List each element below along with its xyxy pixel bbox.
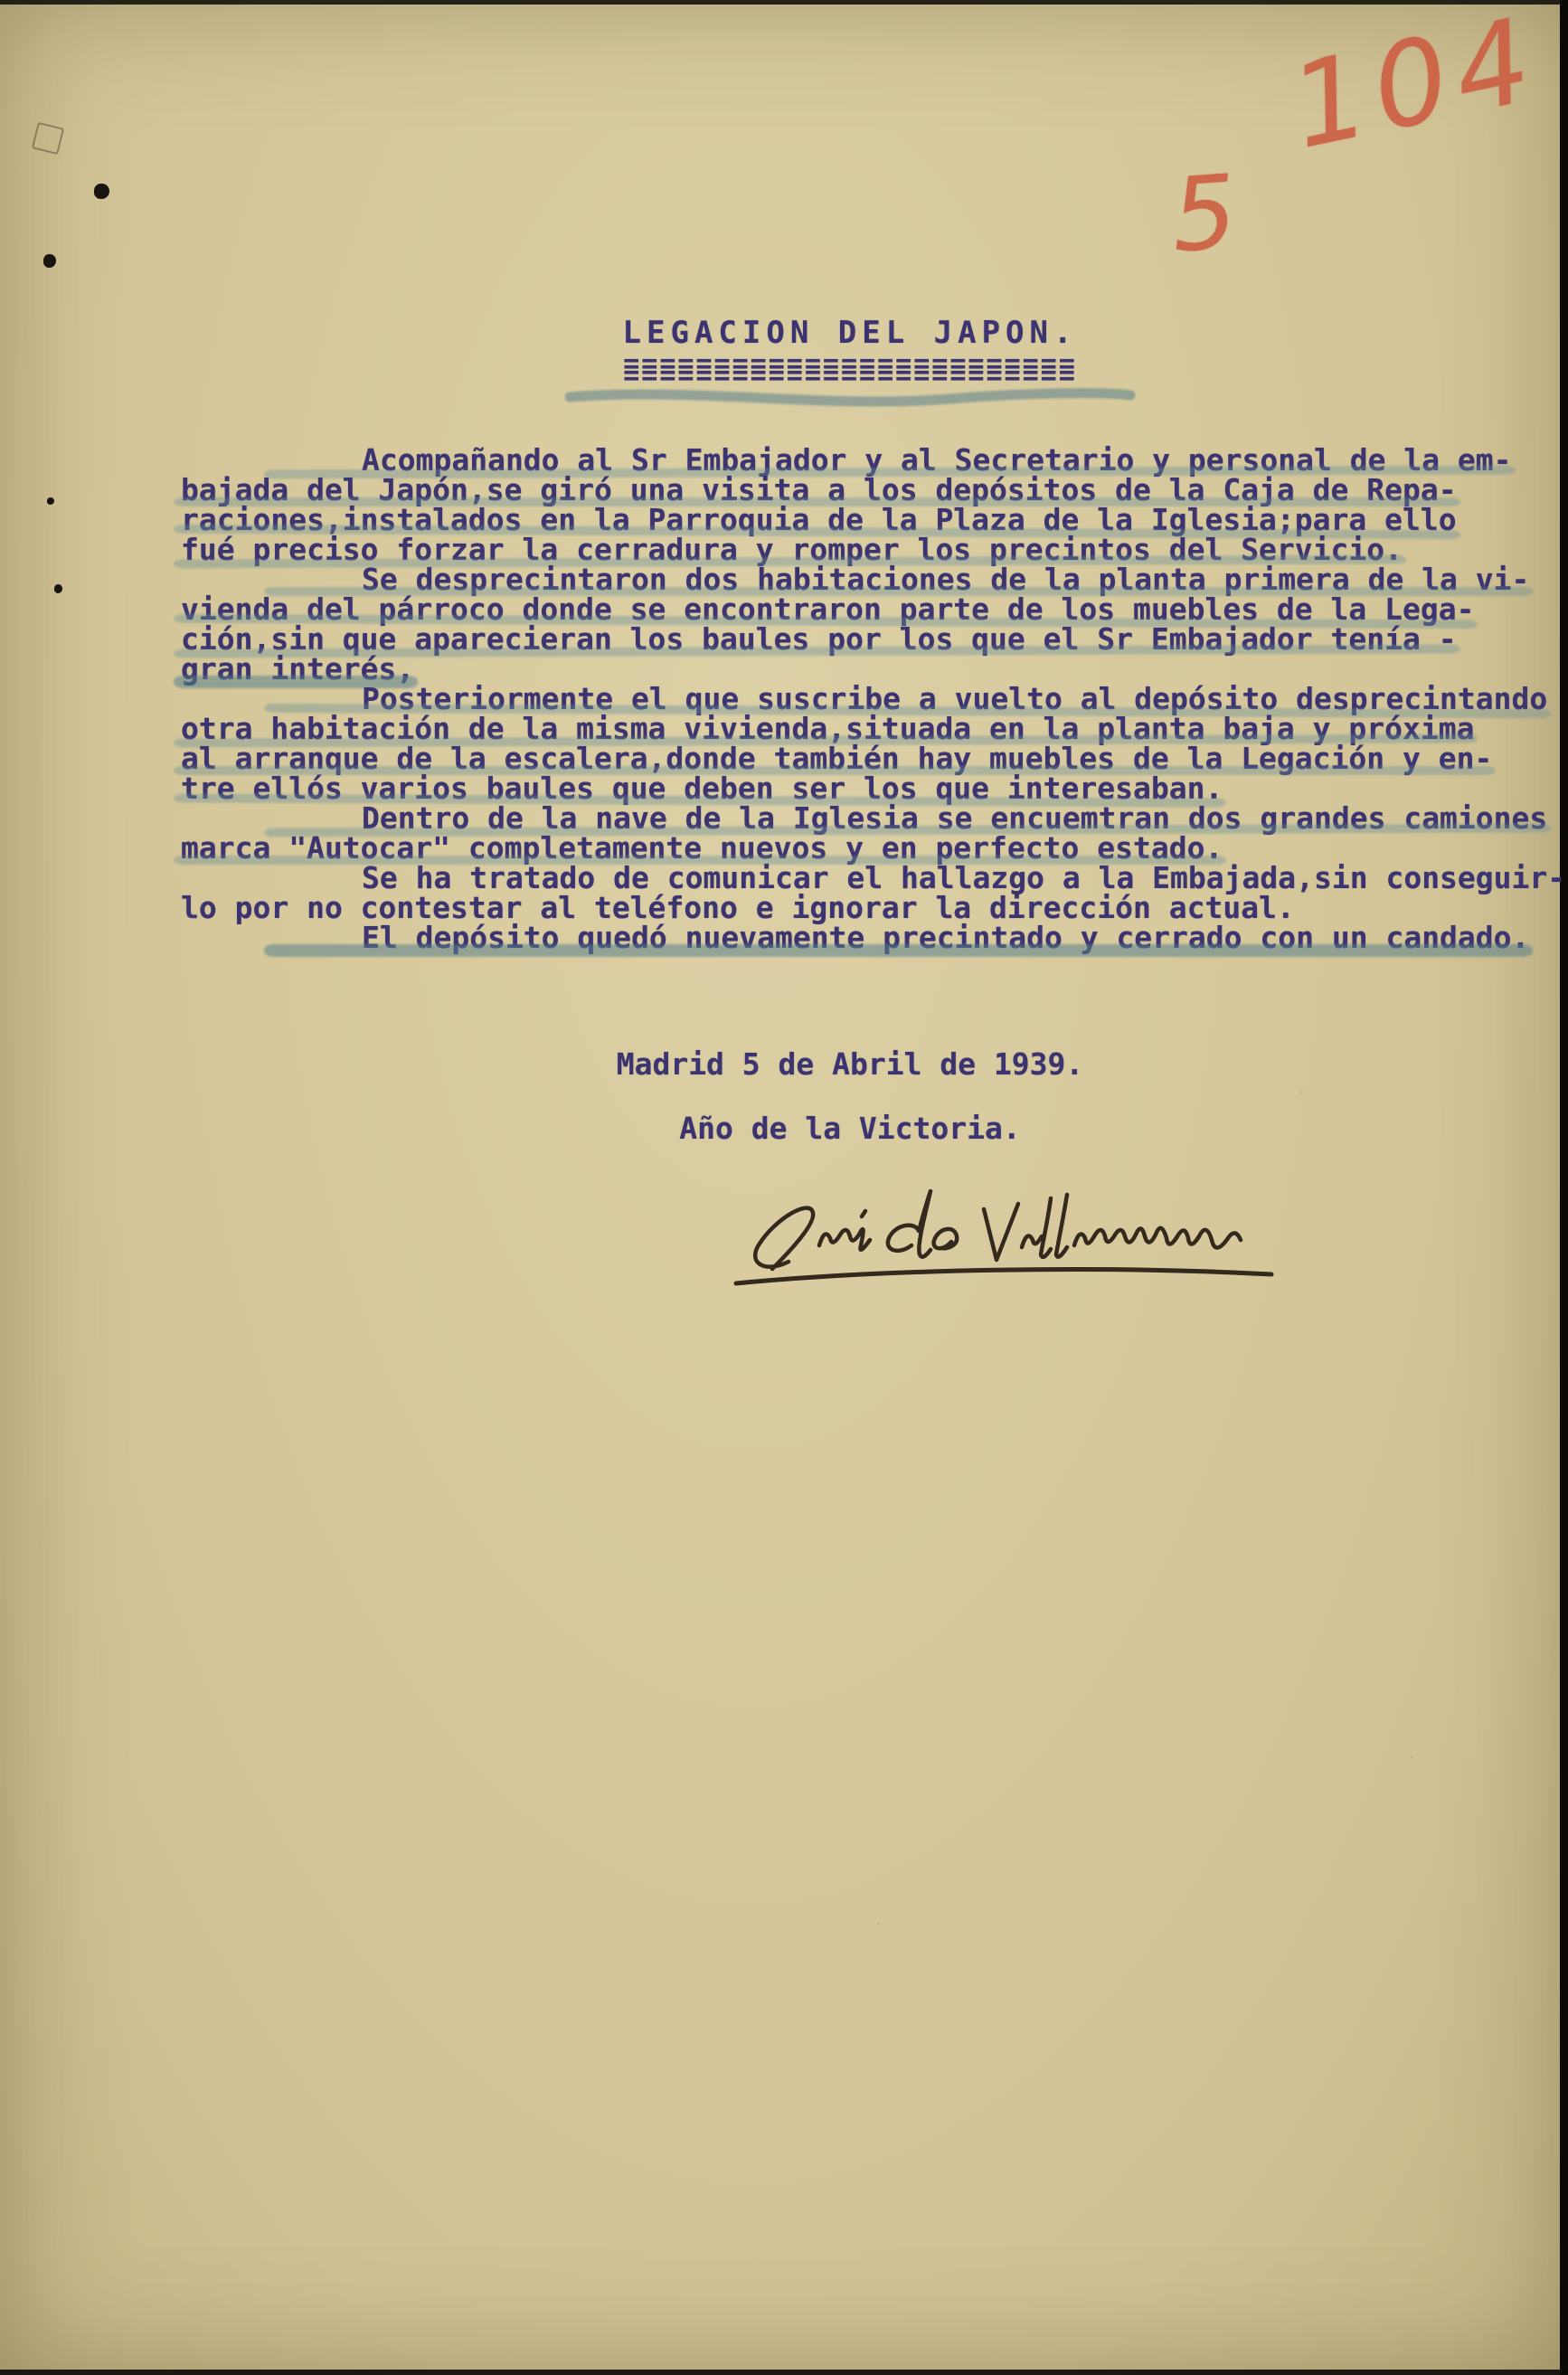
document-line: marca "Autocar" completamente nuevos y e…: [181, 833, 1519, 863]
document-line: El depósito quedó nuevamente precintado …: [181, 923, 1519, 952]
ink-blot: [94, 184, 109, 199]
document-line: fué preciso forzar la cerradura y romper…: [181, 535, 1519, 564]
document-line: bajada del Japón,se giró una visita a lo…: [181, 475, 1519, 505]
title-rule: ========================= ==============…: [181, 358, 1519, 382]
document-line: Se desprecintaron dos habitaciones de la…: [181, 564, 1519, 594]
document-line: gran interés,: [181, 654, 1519, 684]
line-text: otra habitación de la misma vivienda,sit…: [181, 714, 1474, 743]
document-line: al arranque de la escalera,donde también…: [181, 743, 1519, 773]
pencil-underline-icon: [561, 383, 1139, 414]
line-text: marca "Autocar" completamente nuevos y e…: [181, 833, 1223, 863]
scan-edge-top: [0, 0, 1568, 5]
line-text: fué preciso forzar la cerradura y romper…: [181, 535, 1403, 564]
letter-header: LEGACION DEL JAPON. ====================…: [181, 315, 1519, 421]
line-text: ción,sin que aparecieran los baules por …: [181, 624, 1457, 654]
line-text: tre ellós varios baules que deben ser lo…: [181, 773, 1223, 803]
line-text: al arranque de la escalera,donde también…: [181, 743, 1492, 773]
document-line: Dentro de la nave de la Iglesia se encue…: [181, 803, 1519, 833]
dateline: Madrid 5 de Abril de 1939.: [181, 1046, 1519, 1082]
line-text: Se desprecintaron dos habitaciones de la…: [271, 564, 1529, 594]
scan-edge-bottom: [0, 2370, 1568, 2375]
document-line: tre ellós varios baules que deben ser lo…: [181, 773, 1519, 803]
signature-handwriting-icon: [723, 1173, 1284, 1300]
document-line: otra habitación de la misma vivienda,sit…: [181, 714, 1519, 743]
document-line: Se ha tratado de comunicar el hallazgo a…: [181, 863, 1519, 893]
document-body: Acompañando al Sr Embajador y al Secreta…: [181, 445, 1519, 952]
document-line: vienda del párroco donde se encontraron …: [181, 594, 1519, 624]
scanned-document-page: 104 5 LEGACION DEL JAPON. ==============…: [0, 0, 1568, 2375]
line-text: raciones,instalados en la Parroquia de l…: [181, 505, 1457, 535]
line-text: bajada del Japón,se giró una visita a lo…: [181, 475, 1457, 505]
document-line: Acompañando al Sr Embajador y al Secreta…: [181, 445, 1519, 475]
document-line: lo por no contestar al teléfono e ignora…: [181, 893, 1519, 923]
title-rule-row: =========================: [181, 370, 1519, 382]
document-line: Posteriormente el que suscribe a vuelto …: [181, 684, 1519, 714]
line-text: El depósito quedó nuevamente precintado …: [271, 923, 1529, 952]
line-text: vienda del párroco donde se encontraron …: [181, 594, 1474, 624]
letter: LEGACION DEL JAPON. ====================…: [181, 315, 1519, 1300]
line-text: Acompañando al Sr Embajador y al Secreta…: [271, 445, 1512, 475]
line-text: Posteriormente el que suscribe a vuelto …: [271, 684, 1547, 714]
document-title: LEGACION DEL JAPON.: [181, 315, 1519, 351]
line-text: Se ha tratado de comunicar el hallazgo a…: [271, 863, 1565, 893]
document-line: ción,sin que aparecieran los baules por …: [181, 624, 1519, 654]
year-line: Año de la Victoria.: [181, 1111, 1519, 1146]
line-text: lo por no contestar al teléfono e ignora…: [181, 893, 1295, 923]
document-line: raciones,instalados en la Parroquia de l…: [181, 505, 1519, 535]
signature: [723, 1173, 1284, 1300]
page-number-annotation: 5: [1168, 154, 1241, 276]
scan-edge-right: [1560, 0, 1568, 2375]
line-text: gran interés,: [181, 654, 414, 684]
line-text: Dentro de la nave de la Iglesia se encue…: [271, 803, 1547, 833]
